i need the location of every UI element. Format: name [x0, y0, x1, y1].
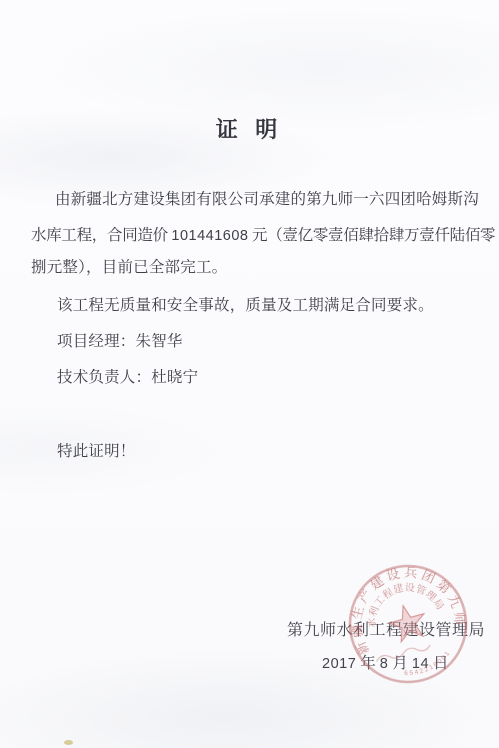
date-year-label: 年 [360, 655, 376, 672]
body-line-3: 捌元整），目前已全部完工。 [31, 257, 227, 279]
body-line-1: 由新疆北方建设集团有限公司承建的第九师一六四团哈姆斯沟 [55, 189, 479, 211]
project-manager-line: 项目经理：朱智华 [57, 331, 183, 353]
date-day: 14 [412, 656, 429, 672]
document-title: 证 明 [0, 113, 499, 144]
closing-line: 特此证明！ [57, 441, 136, 463]
scanned-certificate-page: 证 明 由新疆北方建设集团有限公司承建的第九师一六四团哈姆斯沟 水库工程，合同造… [0, 0, 499, 748]
date-month-label: 月 [392, 655, 408, 672]
body-line-2: 水库工程，合同造价 101441608 元（壹亿零壹佰肆拾肆万壹仟陆佰零 [31, 225, 495, 247]
paper-speck [64, 740, 73, 745]
contract-amount: 101441608 [171, 228, 248, 244]
seal-outer-text-arc: 新疆生产建设兵团第九师 [335, 552, 470, 659]
technical-lead-line: 技术负责人：杜晓宁 [57, 367, 198, 389]
issuer-signature: 第九师水利工程建设管理局 [287, 617, 485, 640]
date-year: 2017 [322, 656, 356, 672]
body-line-4: 该工程无质量和安全事故，质量及工期满足合同要求。 [57, 295, 434, 317]
line2-prefix: 水库工程，合同造价 [31, 227, 171, 244]
issue-date: 2017年8月14日 [322, 651, 453, 673]
date-month: 8 [380, 656, 389, 672]
line2-suffix: 元（壹亿零壹佰肆拾肆万壹仟陆佰零 [248, 227, 495, 244]
date-day-label: 日 [433, 655, 449, 672]
